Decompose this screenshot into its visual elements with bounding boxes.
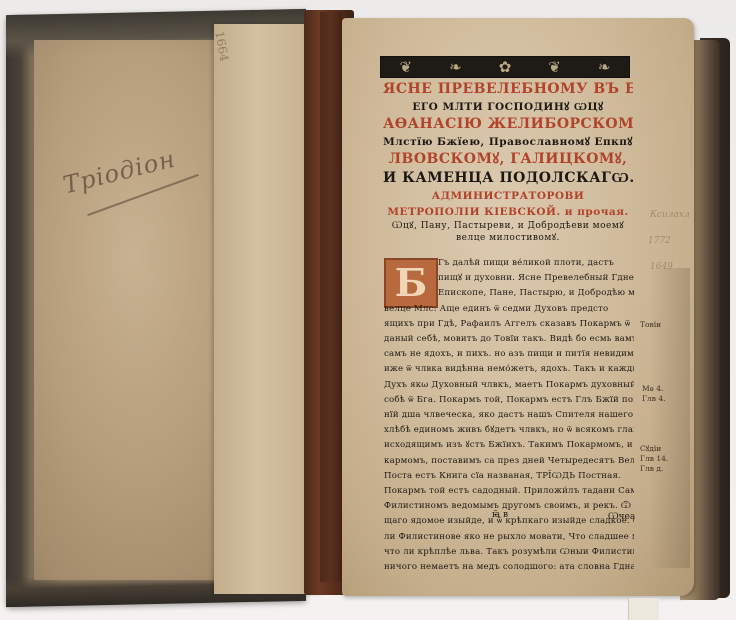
body-line: Поста естъ Книга сїа названая, ТРЇѠДЬ По… <box>384 469 634 484</box>
body-line: Покармъ той естъ садодный. Приложи́лъ та… <box>384 484 634 499</box>
body-line: кармомъ, поставимъ са през дней Четыреде… <box>384 454 634 469</box>
handwritten-margin-note: Ксилахл <box>650 210 690 220</box>
marginal-note: Глв 4. <box>642 394 666 403</box>
handwritten-margin-note: 1649 <box>650 262 673 272</box>
dedication-block: ЯСНЕ ПРЕВЕЛЕБНОМУ ВЪ БГѢ ЕГО МЛТИ ГОСПОД… <box>383 80 633 244</box>
body-line: Духъ якω Духовный члвкъ, маетъ Покармъ д… <box>384 378 634 393</box>
body-line: пищꙋ и духовни. Ясне Превелебный Гдне Ѿч… <box>384 271 634 286</box>
body-line: иже ѿ члвка видѣнна немо́жетъ, ядохъ. Та… <box>384 362 634 377</box>
floral-ornament-icon: ✿ <box>499 57 512 77</box>
floral-ornament-icon: ❧ <box>449 57 462 77</box>
handwritten-margin-note: 1772 <box>648 236 671 246</box>
body-line: что ли крѣплѣе льва. Такъ розумѣли Ѡныи … <box>384 545 634 560</box>
body-line: нїй дша члвеческа, яко дастъ нашъ Спител… <box>384 408 634 423</box>
paper-bookmark-strip <box>628 598 659 620</box>
dedication-line: МЕТРОПОЛІИ КІЕВСКОЙ. и прочая. <box>383 204 633 220</box>
dedication-line: Млстїю Бжїею, Православномꙋ Епкпꙋ <box>383 134 633 150</box>
body-line: даный себѣ, мовитъ до Товїи такъ. Видѣ б… <box>384 332 634 347</box>
floral-ornament-icon: ❧ <box>598 57 611 77</box>
body-line: ящихъ при Гдѣ, Рафаилъ Аггелъ сказавъ По… <box>384 317 634 332</box>
body-line: Гъ далѣй пищи ве́ликой плоти, дастъ <box>384 256 634 271</box>
dedication-line: ЯСНЕ ПРЕВЕЛЕБНОМУ ВЪ БГѢ <box>383 80 633 99</box>
floral-ornament-icon: ❦ <box>548 57 561 77</box>
dedication-line: Ѡцꙋ, Пану, Пастыреви, и Добродѣеви моемꙋ <box>383 220 633 232</box>
marginal-note: Товїи <box>640 320 661 329</box>
dedication-line: ЕГО МЛТИ ГОСПОДИНꙋ ѠЦꙋ <box>383 99 633 115</box>
dedication-line: велце милостивомꙋ. <box>383 232 633 244</box>
body-line: самъ не ядохъ, и пихъ. но азъ пищи и пит… <box>384 347 634 362</box>
body-line: щаго ядомое изыйде, и ѿ крѣпкаго изыйде … <box>384 514 634 529</box>
body-line: ли Филистинове яко не рыхло мовати, Что … <box>384 530 634 545</box>
dedication-line: И КАМЕНЦА ПОДОЛСКАГѠ. <box>383 169 633 188</box>
floral-ornament-icon: ❦ <box>400 57 413 77</box>
marginal-note: Глв д. <box>640 464 663 473</box>
body-text: Гъ далѣй пищи ве́ликой плоти, дастъ пищꙋ… <box>384 256 634 575</box>
body-line: исходящимъ изъ ꙋстъ Бжїихъ. Такимъ Покар… <box>384 438 634 453</box>
dedication-line: АѲАНАСІЮ ЖЕЛИБОРСКОМꙋ <box>383 115 633 134</box>
marginal-note: Глв 14. <box>640 454 668 463</box>
spine-leather <box>320 12 342 582</box>
body-line: ничого немаетъ на медъ солодшого: ата сл… <box>384 560 634 575</box>
catchword: Ѡчеа <box>608 511 635 522</box>
body-line: велце Млс: Аще единъ ѿ седми Духовъ пред… <box>384 302 634 317</box>
body-line: Епископе, Пане, Пастырю, и Добродѣю мой <box>384 286 634 301</box>
body-line: собѣ ѿ Бга. Покармъ той, Покармъ естъ Гл… <box>384 393 634 408</box>
ornamental-headpiece: ❦ ❧ ✿ ❦ ❧ <box>380 56 630 78</box>
body-line: Филистиномъ ведомымъ другомъ своимъ, и р… <box>384 499 634 514</box>
signature-mark: ꙗ̃ в <box>492 510 508 520</box>
marginal-note: Мѳ 4. <box>642 384 663 393</box>
marginal-note: Сꙋдїи <box>640 444 661 453</box>
dedication-line: АДМИНИСТРАТОРОВИ <box>383 188 633 204</box>
dedication-line: ЛВОВСКОМꙋ, ГАЛИЦКОМꙋ, <box>383 150 633 169</box>
body-line: хлѣбѣ единомъ живъ бꙋдетъ члвкъ, но ѿ вс… <box>384 423 634 438</box>
